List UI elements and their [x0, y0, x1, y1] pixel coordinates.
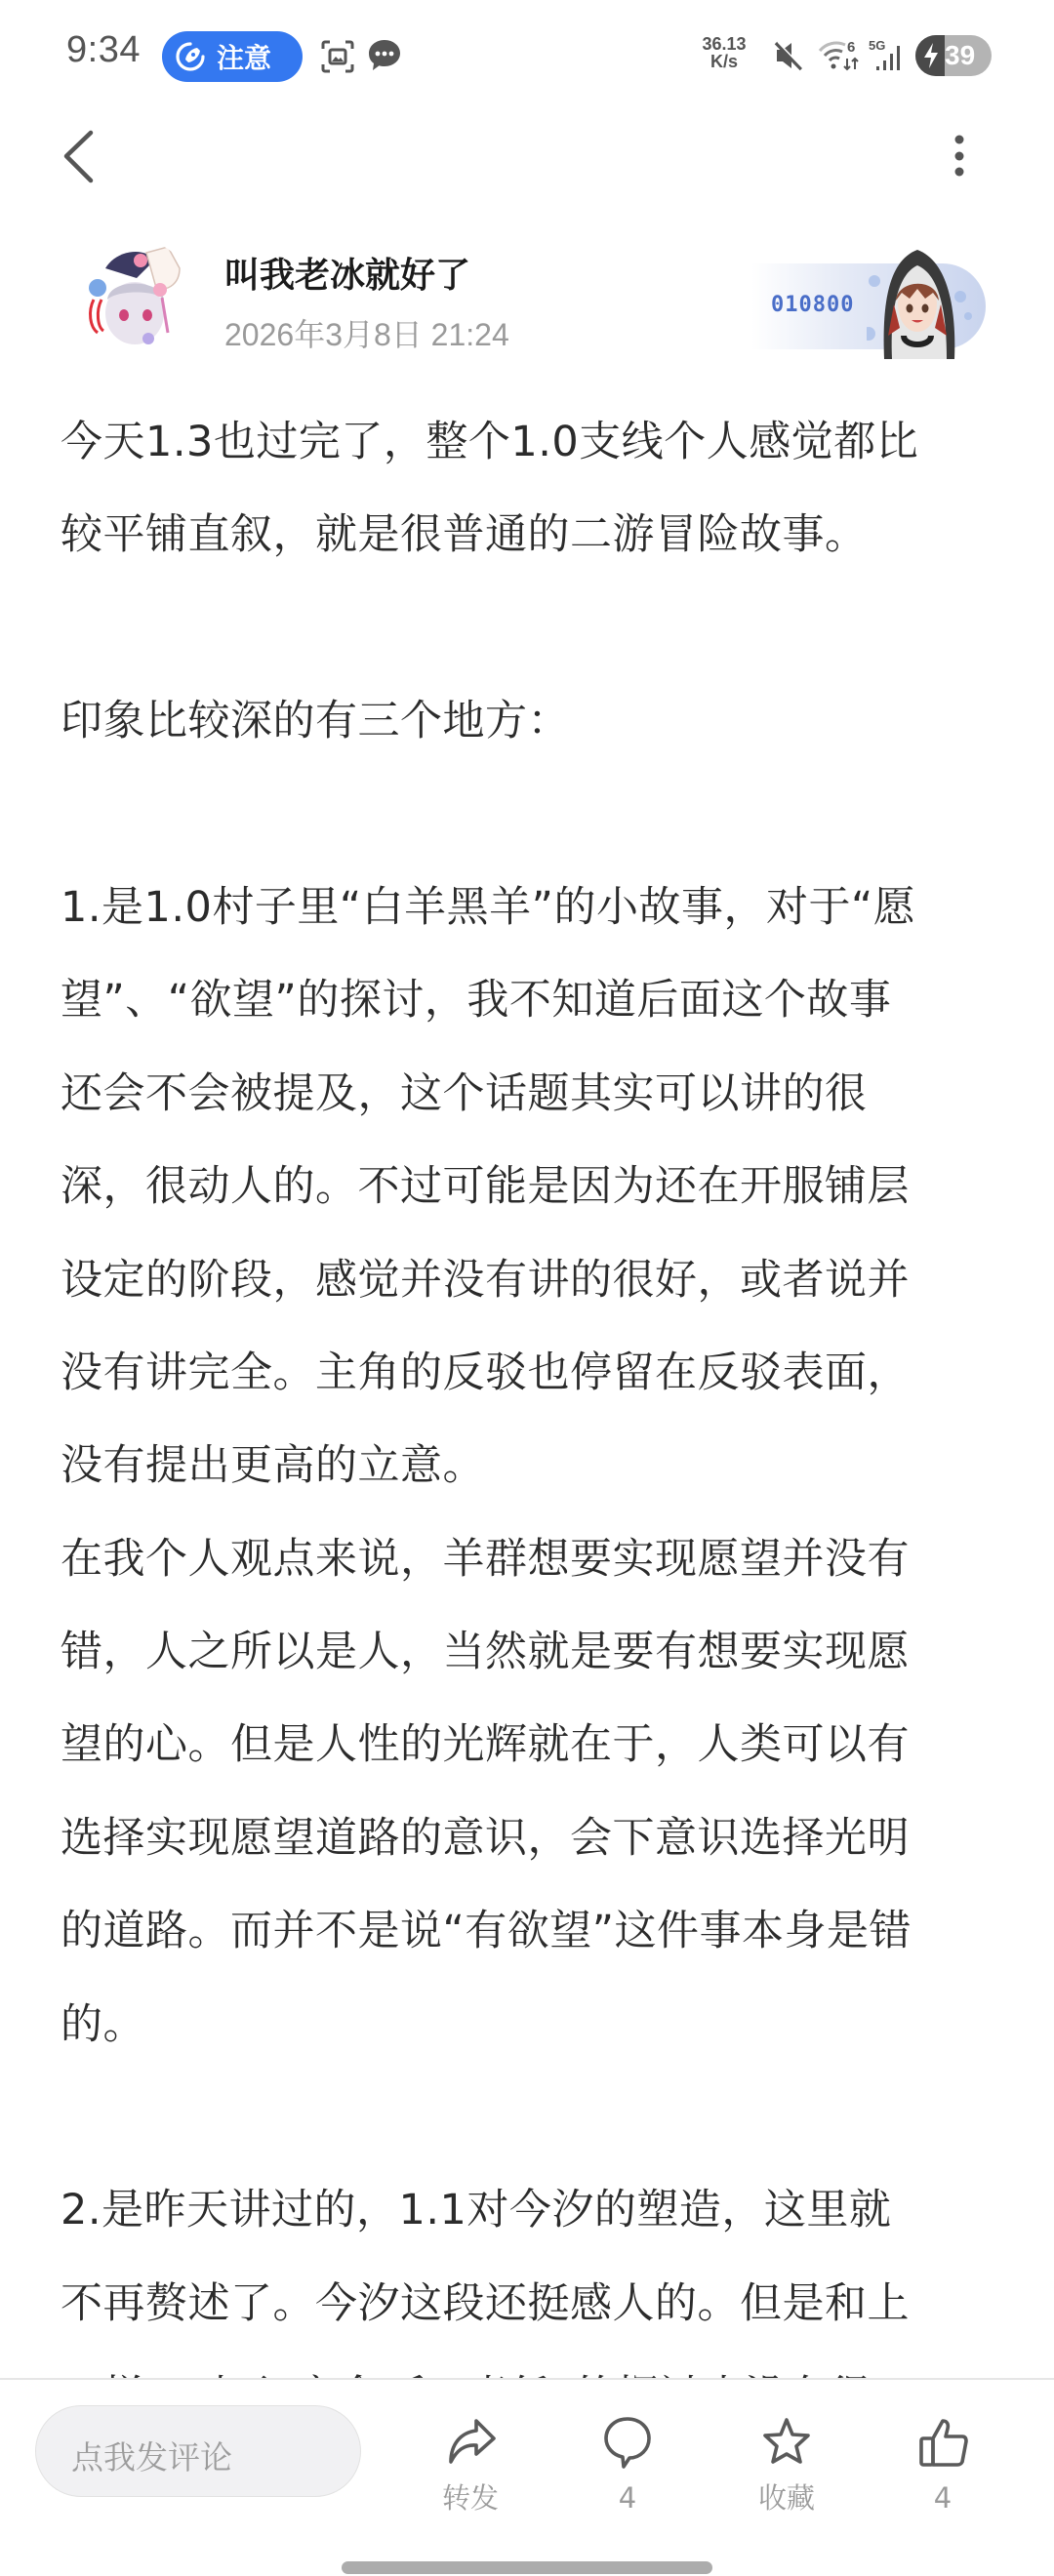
- content-line: 较平铺直叙，就是很普通的二游冒险故事。: [61, 489, 1017, 582]
- charging-bolt-icon: [921, 42, 941, 69]
- content-line: 望的心。但是人性的光辉就在于，人类可以有: [61, 1699, 1017, 1791]
- back-button[interactable]: [49, 119, 107, 193]
- comment-button[interactable]: 4: [569, 2415, 686, 2522]
- fan-badge[interactable]: 010800: [751, 242, 986, 359]
- cellular-signal-icon: 5G: [869, 37, 908, 74]
- svg-text:6: 6: [847, 39, 855, 56]
- network-speed: 36.13 K/s: [695, 35, 753, 70]
- content-line: 还会不会被提及，这个话题其实可以讲的很: [61, 1048, 1017, 1141]
- more-options-button[interactable]: [939, 123, 980, 189]
- content-line: 2.是昨天讲过的，1.1对今汐的塑造，这里就: [61, 2164, 1017, 2257]
- content-line: [61, 769, 1017, 862]
- mute-icon: [773, 39, 804, 72]
- comment-count: 4: [569, 2481, 686, 2515]
- anime-girl-avatar-image: [78, 239, 193, 354]
- share-icon: [443, 2415, 498, 2470]
- bottom-action-bar: 点我发评论 转发 4 收藏 4: [0, 2378, 1054, 2576]
- status-time: 9:34: [66, 29, 141, 71]
- comment-input[interactable]: 点我发评论: [35, 2405, 361, 2497]
- notice-pill-label: 注意: [217, 37, 271, 76]
- hooded-character-art: [867, 242, 974, 359]
- content-line: 选择实现愿望道路的意识，会下意识选择光明: [61, 1792, 1017, 1885]
- like-count: 4: [884, 2481, 1001, 2515]
- content-line: 没有提出更高的立意。: [61, 1420, 1017, 1512]
- author-name[interactable]: 叫我老冰就好了: [224, 248, 470, 298]
- chevron-left-icon: [49, 119, 107, 193]
- fan-badge-number: 010800: [771, 293, 854, 317]
- message-bubble-icon: [367, 37, 402, 72]
- content-line: 的道路。而并不是说“有欲望”这件事本身是错: [61, 1885, 1017, 1978]
- rocket-icon: [174, 40, 207, 73]
- content-line: 的。: [61, 1979, 1017, 2072]
- post-content: 今天1.3也过完了，整个1.0支线个人感觉都比 较平铺直叙，就是很普通的二游冒险…: [61, 396, 1017, 2444]
- content-line: 设定的阶段，感觉并没有讲的很好，或者说并: [61, 1234, 1017, 1327]
- content-line: 没有讲完全。主角的反驳也停留在反驳表面，: [61, 1327, 1017, 1420]
- favorite-button[interactable]: 收藏: [728, 2415, 845, 2522]
- like-button[interactable]: 4: [884, 2415, 1001, 2522]
- content-line: 印象比较深的有三个地方：: [61, 675, 1017, 768]
- content-line: 错，人之所以是人，当然就是要有想要实现愿: [61, 1606, 1017, 1699]
- status-bar: 9:34 注意 36.13 K/s 6 5G: [0, 0, 1054, 107]
- battery-indicator: 39: [915, 35, 992, 76]
- share-button[interactable]: 转发: [412, 2415, 529, 2522]
- network-speed-unit: K/s: [695, 53, 753, 70]
- content-line: 今天1.3也过完了，整个1.0支线个人感觉都比: [61, 396, 1017, 489]
- vertical-ellipsis-icon: [939, 123, 980, 189]
- content-line: 1.是1.0村子里“白羊黑羊”的小故事，对于“愿: [61, 862, 1017, 954]
- network-speed-value: 36.13: [695, 35, 753, 53]
- star-icon: [759, 2415, 814, 2470]
- content-line: 深，很动人的。不过可能是因为还在开服铺层: [61, 1141, 1017, 1233]
- battery-level: 39: [945, 40, 975, 71]
- share-label: 转发: [412, 2481, 529, 2515]
- favorite-label: 收藏: [728, 2481, 845, 2515]
- comment-icon: [600, 2415, 655, 2470]
- comment-input-placeholder: 点我发评论: [71, 2433, 232, 2478]
- post-timestamp: 2026年3月8日 21:24: [224, 310, 509, 355]
- screenshot-icon: [320, 39, 355, 74]
- content-line: 不再赘述了。今汐这段还挺感人的。但是和上: [61, 2258, 1017, 2351]
- content-line: [61, 2072, 1017, 2164]
- thumbs-up-icon: [915, 2415, 970, 2470]
- author-avatar[interactable]: [78, 239, 193, 354]
- content-line: 望”、“欲望”的探讨，我不知道后面这个故事: [61, 954, 1017, 1047]
- content-line: [61, 583, 1017, 675]
- notice-pill[interactable]: 注意: [162, 31, 303, 82]
- svg-text:5G: 5G: [869, 38, 885, 53]
- wifi-icon: 6: [818, 37, 861, 74]
- home-indicator[interactable]: [342, 2561, 712, 2574]
- content-line: 在我个人观点来说，羊群想要实现愿望并没有: [61, 1513, 1017, 1606]
